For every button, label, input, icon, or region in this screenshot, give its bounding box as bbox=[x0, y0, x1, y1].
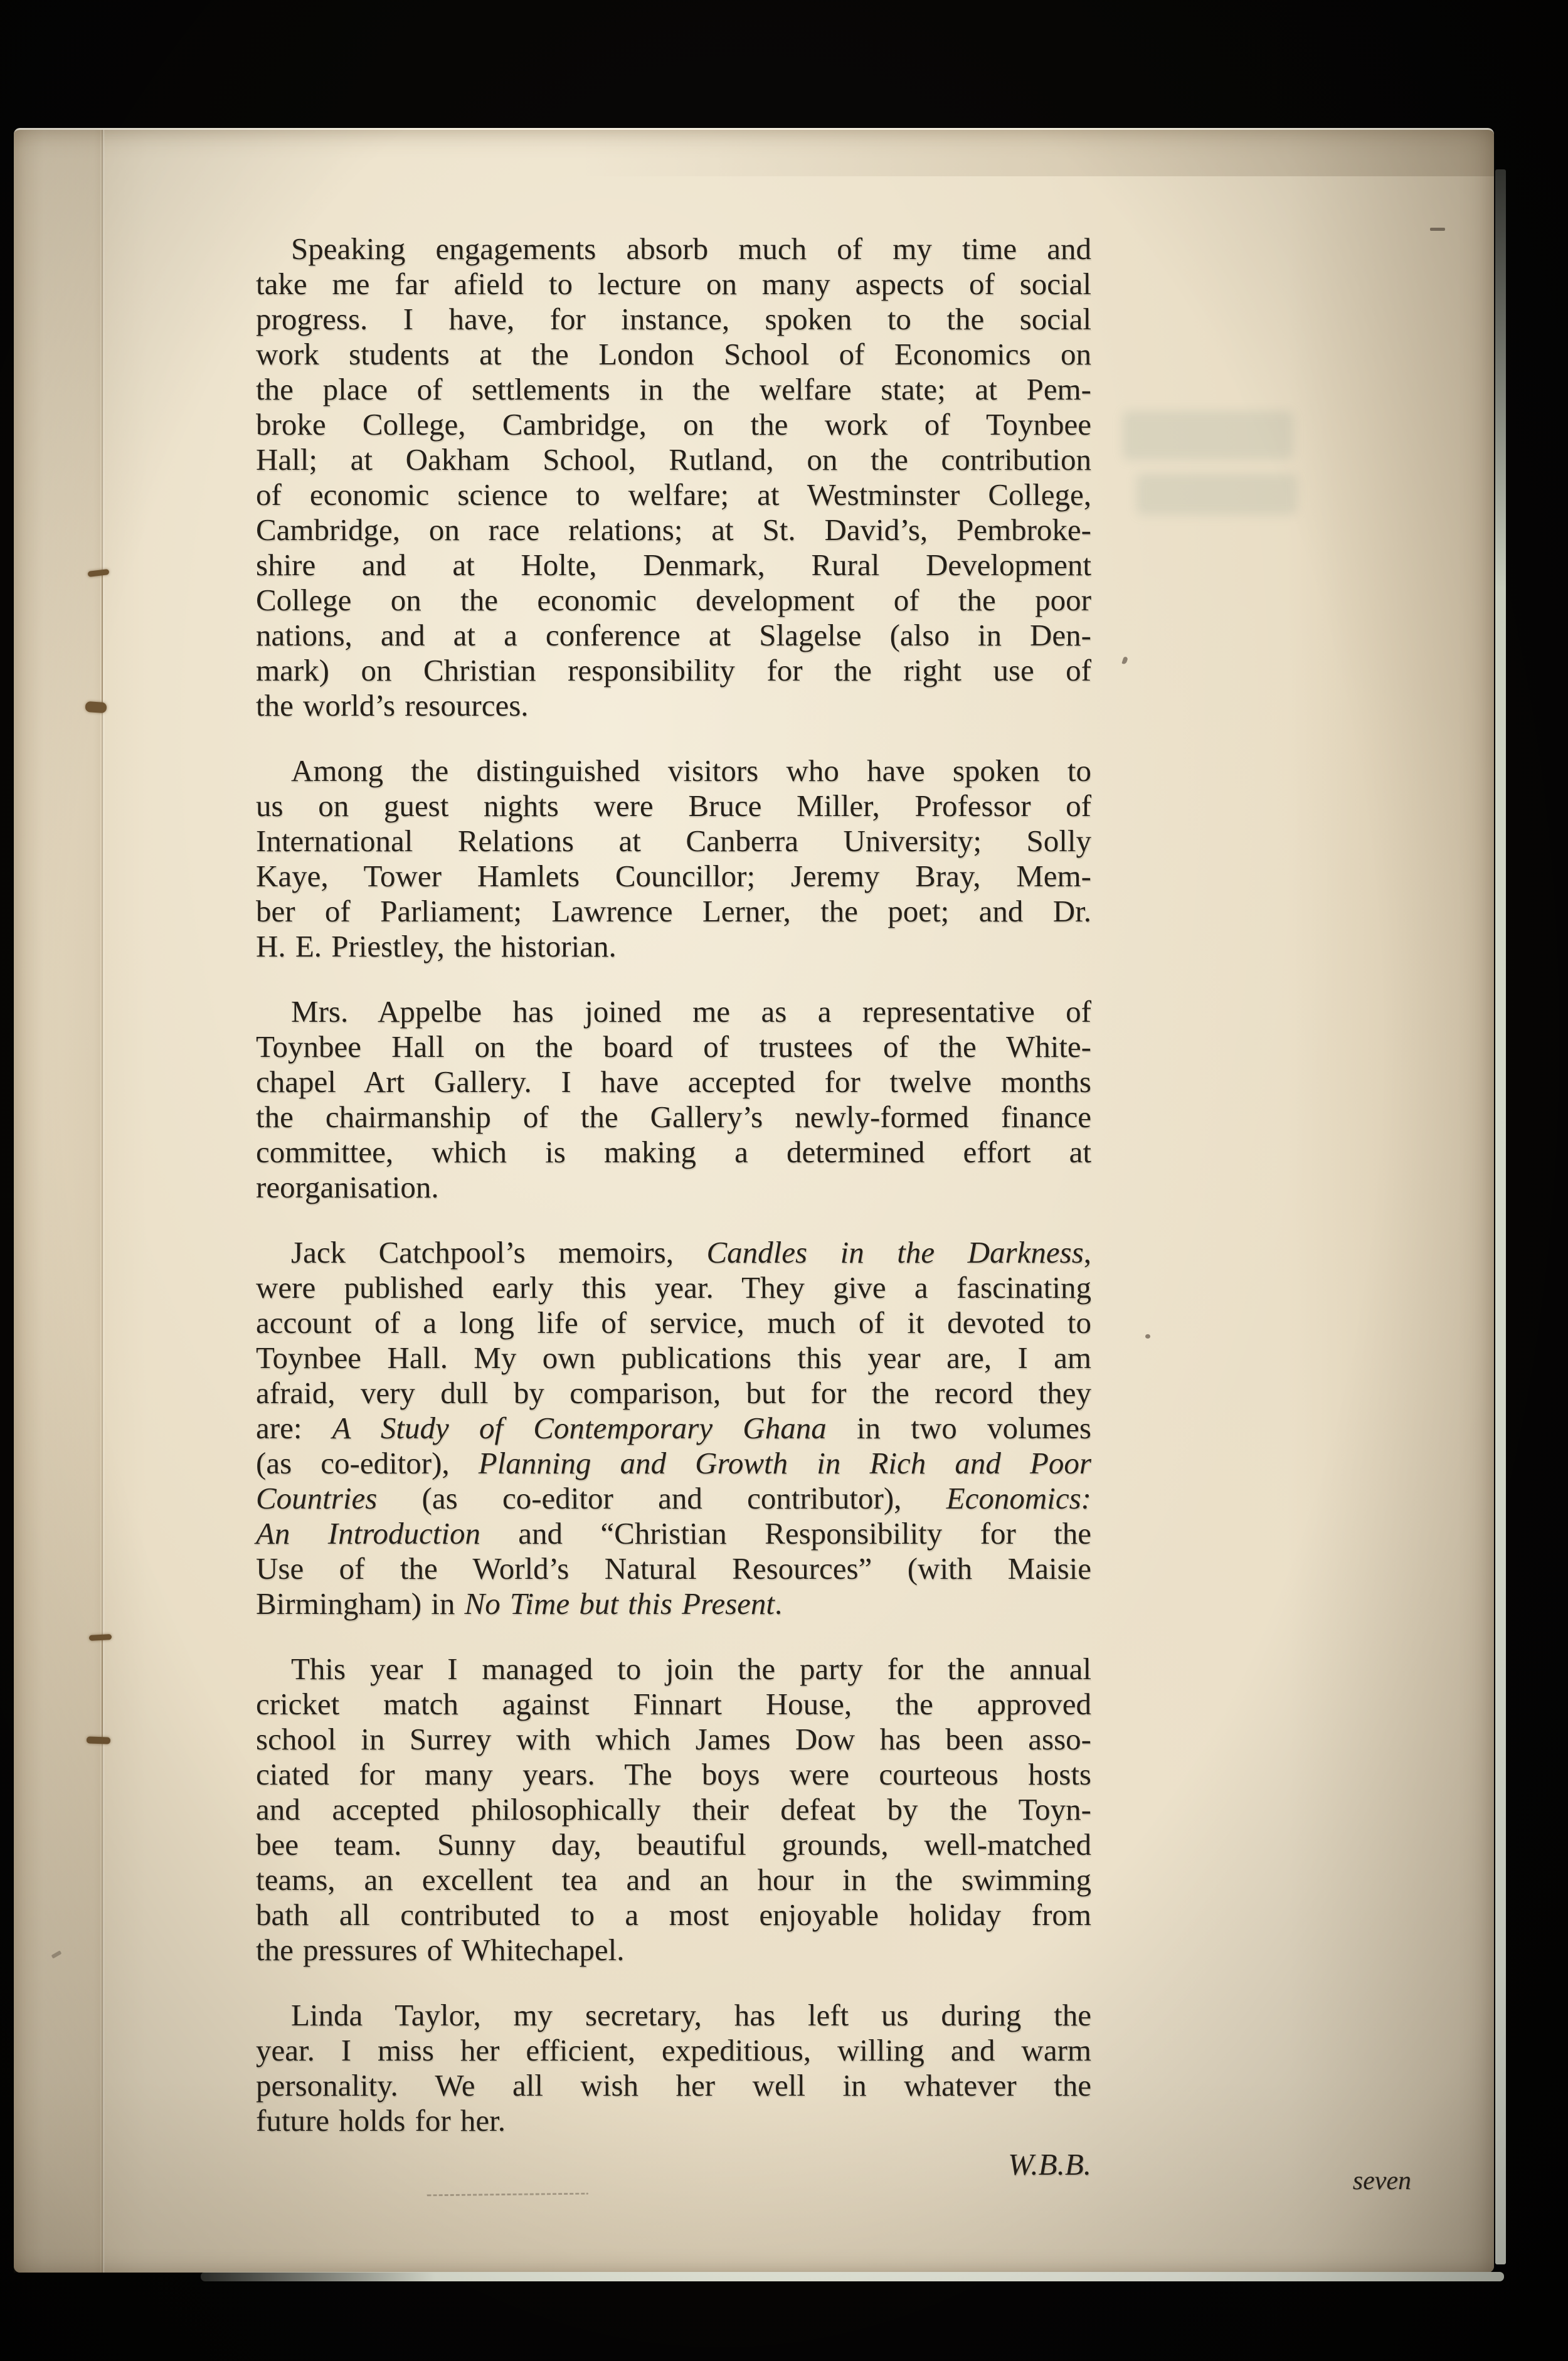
text-segment: College on the economic development of t… bbox=[256, 583, 1091, 617]
text-line: Kaye, Tower Hamlets Councillor; Jeremy B… bbox=[256, 859, 1091, 894]
text-segment: Jack Catchpool’s memoirs, bbox=[291, 1235, 706, 1270]
text-segment: afraid, very dull by comparison, but for… bbox=[256, 1376, 1091, 1410]
text-line: Among the distinguished visitors who hav… bbox=[256, 753, 1091, 788]
show-through-smudge bbox=[1123, 411, 1293, 460]
text-segment: Toynbee Hall. My own publications this y… bbox=[256, 1340, 1091, 1375]
paper-mark bbox=[1145, 1334, 1150, 1339]
text-segment: of economic science to welfare; at Westm… bbox=[256, 477, 1091, 512]
text-segment: year. I miss her efficient, expeditious,… bbox=[256, 2033, 1091, 2067]
text-line: Cambridge, on race relations; at St. Dav… bbox=[256, 512, 1091, 548]
book-page: Speaking engagements absorb much of my t… bbox=[14, 128, 1494, 2273]
text-segment: school in Surrey with which James Dow ha… bbox=[256, 1722, 1091, 1756]
text-segment: bath all contributed to a most enjoyable… bbox=[256, 1897, 1091, 1932]
text-segment: chapel Art Gallery. I have accepted for … bbox=[256, 1064, 1091, 1099]
italic-text-segment: Economics: bbox=[946, 1481, 1091, 1515]
text-line: chapel Art Gallery. I have accepted for … bbox=[256, 1064, 1091, 1100]
text-line: us on guest nights were Bruce Miller, Pr… bbox=[256, 788, 1091, 824]
text-line: Countries (as co-editor and contributor)… bbox=[256, 1481, 1091, 1516]
text-line: reorganisation. bbox=[256, 1170, 1091, 1205]
text-line: Hall; at Oakham School, Rutland, on the … bbox=[256, 442, 1091, 477]
text-line: account of a long life of service, much … bbox=[256, 1305, 1091, 1340]
italic-text-segment: Candles in the Darkness bbox=[706, 1235, 1083, 1270]
text-segment: progress. I have, for instance, spoken t… bbox=[256, 302, 1091, 336]
text-line: cricket match against Finnart House, the… bbox=[256, 1687, 1091, 1722]
text-line: were published early this year. They giv… bbox=[256, 1270, 1091, 1305]
text-line: the pressures of Whitechapel. bbox=[256, 1933, 1091, 1968]
text-line: of economic science to welfare; at Westm… bbox=[256, 477, 1091, 512]
text-line: school in Surrey with which James Dow ha… bbox=[256, 1722, 1091, 1757]
text-line: ber of Parliament; Lawrence Lerner, the … bbox=[256, 894, 1091, 929]
text-segment: and “Christian Responsibility for the bbox=[480, 1516, 1091, 1551]
text-line: mark) on Christian responsibility for th… bbox=[256, 653, 1091, 688]
text-segment: Use of the World’s Natural Resources” (w… bbox=[256, 1551, 1091, 1586]
italic-text-segment: Planning and Growth in Rich and Poor bbox=[479, 1446, 1091, 1480]
text-line: Speaking engagements absorb much of my t… bbox=[256, 231, 1091, 267]
text-line: bee team. Sunny day, beautiful grounds, … bbox=[256, 1827, 1091, 1862]
text-line: Toynbee Hall on the board of trustees of… bbox=[256, 1029, 1091, 1064]
fore-edge-pages-bottom bbox=[201, 2272, 1504, 2281]
text-segment: the place of settlements in the welfare … bbox=[256, 372, 1091, 406]
text-line: the place of settlements in the welfare … bbox=[256, 372, 1091, 407]
text-segment: personality. We all wish her well in wha… bbox=[256, 2068, 1091, 2103]
text-segment: Hall; at Oakham School, Rutland, on the … bbox=[256, 442, 1091, 477]
text-segment: cricket match against Finnart House, the… bbox=[256, 1687, 1091, 1721]
text-segment: were published early this year. They giv… bbox=[256, 1270, 1091, 1305]
text-line: bath all contributed to a most enjoyable… bbox=[256, 1897, 1091, 1933]
text-line: (as co-editor), Planning and Growth in R… bbox=[256, 1446, 1091, 1481]
text-line: personality. We all wish her well in wha… bbox=[256, 2068, 1091, 2103]
text-segment: committee, which is making a determined … bbox=[256, 1135, 1091, 1169]
text-line: the world’s resources. bbox=[256, 688, 1091, 723]
text-segment: (as co-editor and contributor), bbox=[377, 1481, 946, 1515]
text-segment: are: bbox=[256, 1411, 332, 1445]
text-line: ciated for many years. The boys were cou… bbox=[256, 1757, 1091, 1792]
text-line: work students at the London School of Ec… bbox=[256, 337, 1091, 372]
text-segment: Birmingham) in bbox=[256, 1586, 465, 1621]
text-segment: shire and at Holte, Denmark, Rural Devel… bbox=[256, 548, 1091, 582]
text-line: H. E. Priestley, the historian. bbox=[256, 929, 1091, 964]
text-segment: Linda Taylor, my secretary, has left us … bbox=[291, 1998, 1091, 2032]
text-segment: the pressures of Whitechapel. bbox=[256, 1933, 625, 1967]
text-segment: Speaking engagements absorb much of my t… bbox=[291, 231, 1091, 266]
text-segment: bee team. Sunny day, beautiful grounds, … bbox=[256, 1827, 1091, 1862]
paragraph: Among the distinguished visitors who hav… bbox=[256, 753, 1091, 964]
page-number: seven bbox=[1353, 2166, 1411, 2196]
text-segment: International Relations at Canberra Univ… bbox=[256, 824, 1091, 858]
text-segment: H. E. Priestley, the historian. bbox=[256, 929, 617, 963]
paper-scratch bbox=[426, 2193, 588, 2197]
text-line: and accepted philosophically their defea… bbox=[256, 1792, 1091, 1827]
binding-stitch bbox=[85, 701, 107, 713]
text-segment: ciated for many years. The boys were cou… bbox=[256, 1757, 1091, 1791]
show-through-smudge bbox=[1136, 474, 1297, 515]
paper-mark bbox=[1430, 228, 1445, 231]
text-segment: broke College, Cambridge, on the work of… bbox=[256, 407, 1091, 442]
text-segment: . bbox=[775, 1586, 782, 1621]
paragraph: Jack Catchpool’s memoirs, Candles in the… bbox=[256, 1235, 1091, 1621]
text-segment: , bbox=[1084, 1235, 1091, 1270]
text-line: International Relations at Canberra Univ… bbox=[256, 824, 1091, 859]
text-line: nations, and at a conference at Slagelse… bbox=[256, 618, 1091, 653]
text-segment: (as co-editor), bbox=[256, 1446, 479, 1480]
text-line: Linda Taylor, my secretary, has left us … bbox=[256, 1998, 1091, 2033]
body-text: Speaking engagements absorb much of my t… bbox=[256, 231, 1091, 2138]
text-line: teams, an excellent tea and an hour in t… bbox=[256, 1862, 1091, 1897]
text-segment: the world’s resources. bbox=[256, 688, 529, 723]
text-line: are: A Study of Contemporary Ghana in tw… bbox=[256, 1411, 1091, 1446]
paper-mark bbox=[1121, 656, 1128, 665]
paragraph: Speaking engagements absorb much of my t… bbox=[256, 231, 1091, 723]
text-line: progress. I have, for instance, spoken t… bbox=[256, 302, 1091, 337]
fore-edge-pages-right bbox=[1495, 169, 1506, 2264]
text-line: take me far afield to lecture on many as… bbox=[256, 267, 1091, 302]
italic-text-segment: No Time but this Present bbox=[465, 1586, 775, 1621]
italic-text-segment: An Introduction bbox=[256, 1516, 480, 1551]
text-segment: account of a long life of service, much … bbox=[256, 1305, 1091, 1340]
binding-thread bbox=[102, 574, 103, 709]
text-segment: Cambridge, on race relations; at St. Dav… bbox=[256, 512, 1091, 547]
text-segment: in two volumes bbox=[827, 1411, 1091, 1445]
binding-thread bbox=[102, 1637, 103, 1741]
italic-text-segment: Countries bbox=[256, 1481, 377, 1515]
binding-stitch bbox=[89, 1634, 112, 1641]
text-line: An Introduction and “Christian Responsib… bbox=[256, 1516, 1091, 1551]
text-segment: take me far afield to lecture on many as… bbox=[256, 267, 1091, 301]
text-segment: us on guest nights were Bruce Miller, Pr… bbox=[256, 788, 1091, 823]
text-segment: future holds for her. bbox=[256, 2103, 506, 2138]
text-segment: and accepted philosophically their defea… bbox=[256, 1792, 1091, 1827]
text-line: Mrs. Appelbe has joined me as a represen… bbox=[256, 994, 1091, 1029]
text-segment: Kaye, Tower Hamlets Councillor; Jeremy B… bbox=[256, 859, 1091, 893]
italic-text-segment: A Study of Contemporary Ghana bbox=[332, 1411, 827, 1445]
text-segment: Among the distinguished visitors who hav… bbox=[291, 753, 1091, 788]
text-line: the chairmanship of the Gallery’s newly-… bbox=[256, 1100, 1091, 1135]
text-line: Use of the World’s Natural Resources” (w… bbox=[256, 1551, 1091, 1586]
text-segment: teams, an excellent tea and an hour in t… bbox=[256, 1862, 1091, 1897]
paragraph: Mrs. Appelbe has joined me as a represen… bbox=[256, 994, 1091, 1205]
text-line: year. I miss her efficient, expeditious,… bbox=[256, 2033, 1091, 2068]
text-line: committee, which is making a determined … bbox=[256, 1135, 1091, 1170]
text-line: broke College, Cambridge, on the work of… bbox=[256, 407, 1091, 442]
binding-stitch bbox=[87, 1736, 110, 1744]
text-line: Birmingham) in No Time but this Present. bbox=[256, 1586, 1091, 1621]
paragraph: Linda Taylor, my secretary, has left us … bbox=[256, 1998, 1091, 2138]
author-initials: W.B.B. bbox=[256, 2147, 1091, 2182]
text-segment: Mrs. Appelbe has joined me as a represen… bbox=[291, 994, 1091, 1029]
text-segment: work students at the London School of Ec… bbox=[256, 337, 1091, 371]
under-leaf-shadow bbox=[578, 130, 1494, 176]
text-segment: This year I managed to join the party fo… bbox=[291, 1652, 1091, 1686]
text-segment: ber of Parliament; Lawrence Lerner, the … bbox=[256, 894, 1091, 928]
paragraph: This year I managed to join the party fo… bbox=[256, 1652, 1091, 1968]
text-line: afraid, very dull by comparison, but for… bbox=[256, 1376, 1091, 1411]
spine-fold-crease bbox=[100, 130, 105, 2273]
text-line: Jack Catchpool’s memoirs, Candles in the… bbox=[256, 1235, 1091, 1270]
text-line: College on the economic development of t… bbox=[256, 583, 1091, 618]
text-segment: Toynbee Hall on the board of trustees of… bbox=[256, 1029, 1091, 1064]
text-line: future holds for her. bbox=[256, 2103, 1091, 2138]
text-line: This year I managed to join the party fo… bbox=[256, 1652, 1091, 1687]
text-segment: reorganisation. bbox=[256, 1170, 439, 1204]
text-segment: nations, and at a conference at Slagelse… bbox=[256, 618, 1091, 652]
text-segment: mark) on Christian responsibility for th… bbox=[256, 653, 1091, 687]
text-line: shire and at Holte, Denmark, Rural Devel… bbox=[256, 548, 1091, 583]
text-segment: the chairmanship of the Gallery’s newly-… bbox=[256, 1100, 1091, 1134]
text-line: Toynbee Hall. My own publications this y… bbox=[256, 1340, 1091, 1376]
